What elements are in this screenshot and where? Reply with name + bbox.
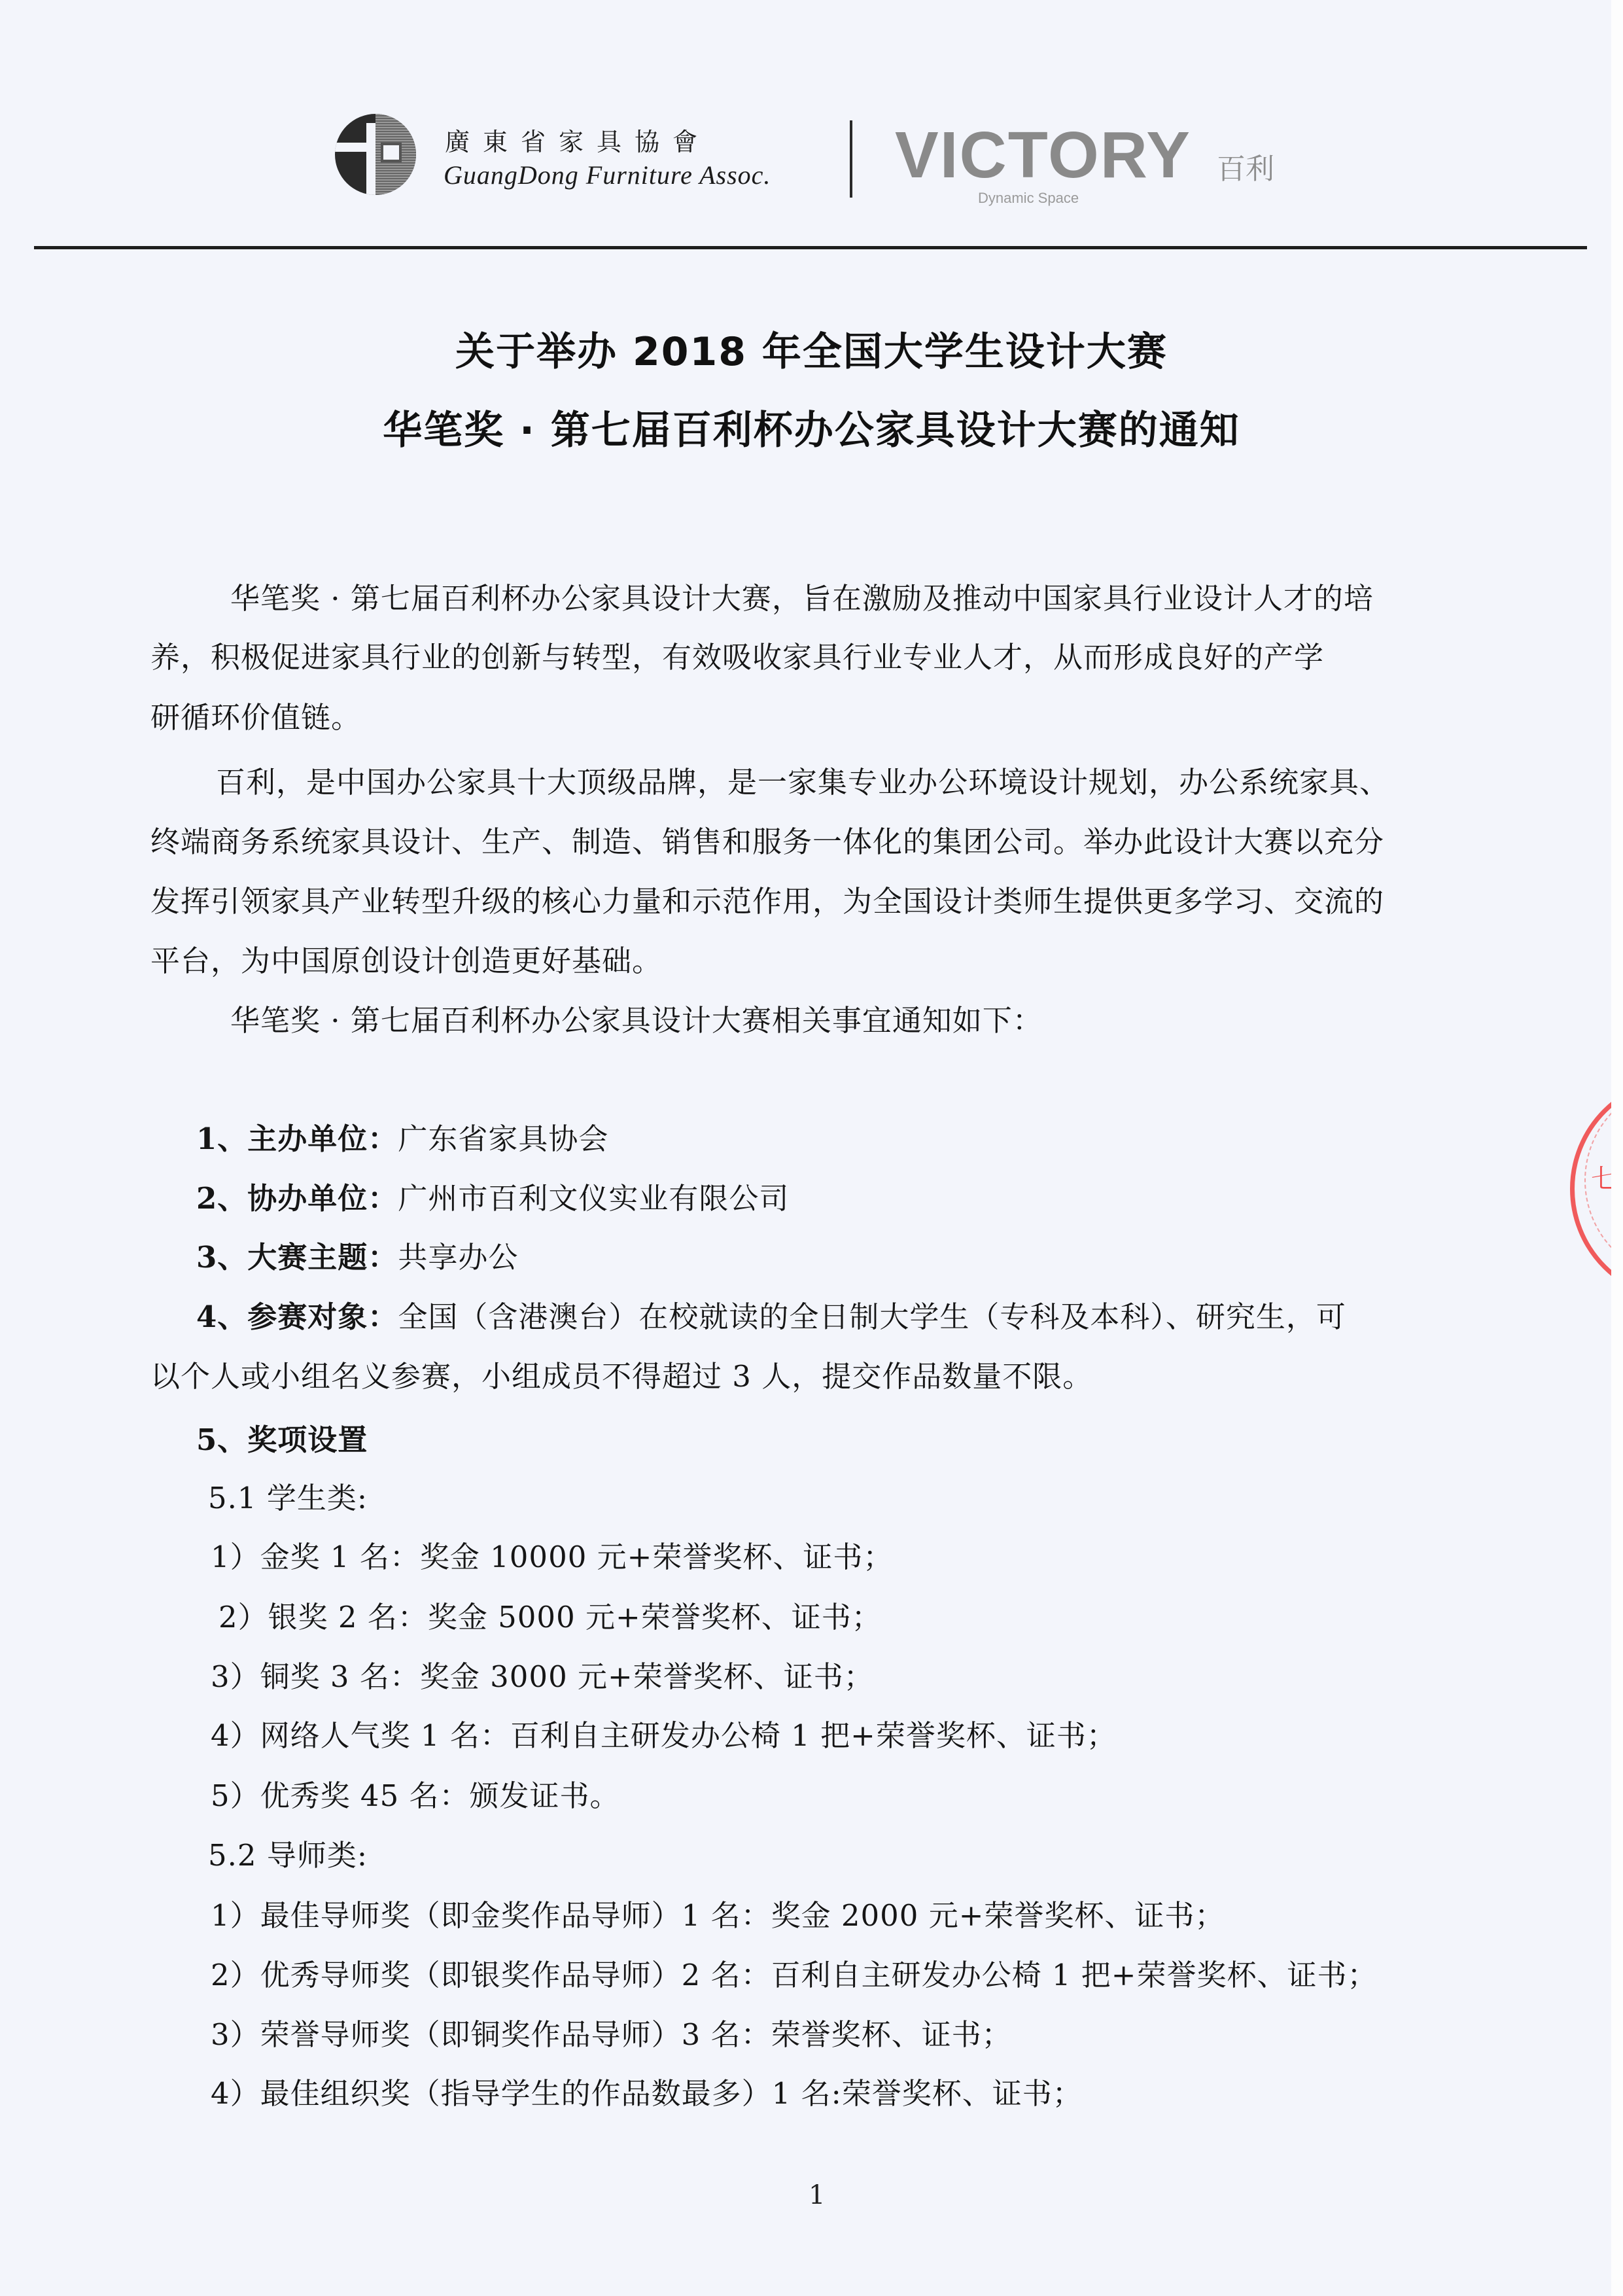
intro-p1-line-1: 华笔奖 · 第七届百利杯办公家具设计大赛，旨在激励及推动中国家具行业设计人才的培	[230, 580, 1374, 617]
assoc-name-cn: 廣東省家具協會	[445, 122, 710, 158]
student-award-silver: 2）银奖 2 名：奖金 5000 元+荣誉奖杯、证书；	[218, 1599, 882, 1636]
page-number: 1	[809, 2180, 825, 2210]
item-value: 全国（含港澳台）在校就读的全日制大学生（专科及本科）、研究生，可	[398, 1299, 1346, 1334]
title-line-2: 华笔奖 · 第七届百利杯办公家具设计大赛的通知	[0, 399, 1623, 455]
intro-p2-line-1: 百利，是中国办公家具十大顶级品牌，是一家集专业办公环境设计规划，办公系统家具、	[216, 764, 1389, 801]
title-line-1: 关于举办 2018 年全国大学生设计大赛	[0, 321, 1623, 377]
scan-edge-overlay	[1611, 1047, 1623, 1322]
item-participants: 4、参赛对象：全国（含港澳台）在校就读的全日制大学生（专科及本科）、研究生，可	[196, 1299, 1346, 1335]
item-participants-continuation: 以个人或小组名义参赛，小组成员不得超过 3 人，提交作品数量不限。	[150, 1358, 1092, 1395]
victory-brand-logo: VICTORY	[895, 118, 1191, 193]
item-organizer: 1、主办单位：广东省家具协会	[196, 1121, 608, 1157]
item-co-organizer: 2、协办单位：广州市百利文仪实业有限公司	[196, 1180, 789, 1217]
intro-p1-line-3: 研循环价值链。	[150, 699, 361, 736]
item-value: 共享办公	[398, 1240, 518, 1275]
student-award-gold: 1）金奖 1 名：奖金 10000 元+荣誉奖杯、证书；	[211, 1539, 893, 1576]
item-label: 3、大赛主题：	[196, 1240, 398, 1275]
intro-p2-line-4: 平台，为中国原创设计创造更好基础。	[150, 943, 662, 980]
mentor-awards-heading: 5.2 导师类:	[208, 1837, 368, 1874]
guangdong-furniture-assoc-logo-icon	[335, 114, 416, 195]
mentor-award-excellent: 2）优秀导师奖（即银奖作品导师）2 名：百利自主研发办公椅 1 把+荣誉奖杯、证…	[211, 1957, 1378, 1994]
item-value: 广州市百利文仪实业有限公司	[398, 1181, 789, 1216]
mentor-award-honor: 3）荣誉导师奖（即铜奖作品导师）3 名：荣誉奖杯、证书；	[211, 2017, 1012, 2053]
intro-p3: 华笔奖 · 第七届百利杯办公家具设计大赛相关事宜通知如下：	[230, 1002, 1043, 1039]
brand-name-cn: 百利	[1217, 145, 1274, 187]
student-awards-heading: 5.1 学生类:	[208, 1480, 368, 1517]
mentor-award-best: 1）最佳导师奖（即金奖作品导师）1 名：奖金 2000 元+荣誉奖杯、证书；	[211, 1898, 1225, 1934]
student-award-excellence: 5）优秀奖 45 名：颁发证书。	[211, 1778, 620, 1814]
item-value: 广东省家具协会	[398, 1122, 608, 1156]
intro-p2-line-2: 终端商务系统家具设计、生产、制造、销售和服务一体化的集团公司。举办此设计大赛以充…	[150, 824, 1384, 860]
student-award-bronze: 3）铜奖 3 名：奖金 3000 元+荣誉奖杯、证书；	[211, 1659, 874, 1695]
brand-tagline: Dynamic Space	[978, 190, 1079, 207]
awards-heading: 5、奖项设置	[196, 1422, 368, 1458]
item-theme: 3、大赛主题：共享办公	[196, 1239, 518, 1276]
header-divider	[850, 120, 852, 198]
mentor-award-organization: 4）最佳组织奖（指导学生的作品数最多）1 名:荣誉奖杯、证书；	[211, 2075, 1083, 2112]
item-label: 2、协办单位：	[196, 1181, 398, 1216]
intro-p1-line-2: 养，积极促进家具行业的创新与转型，有效吸收家具行业专业人才，从而形成良好的产学	[150, 639, 1324, 676]
item-label: 4、参赛对象：	[196, 1299, 398, 1334]
header-rule	[34, 246, 1587, 249]
item-label: 1、主办单位：	[196, 1122, 398, 1156]
student-award-popularity: 4）网络人气奖 1 名：百利自主研发办公椅 1 把+荣誉奖杯、证书；	[211, 1718, 1117, 1754]
assoc-name-en: GuangDong Furniture Assoc.	[444, 160, 771, 190]
intro-p2-line-3: 发挥引领家具产业转型升级的核心力量和示范作用，为全国设计类师生提供更多学习、交流…	[150, 883, 1384, 920]
